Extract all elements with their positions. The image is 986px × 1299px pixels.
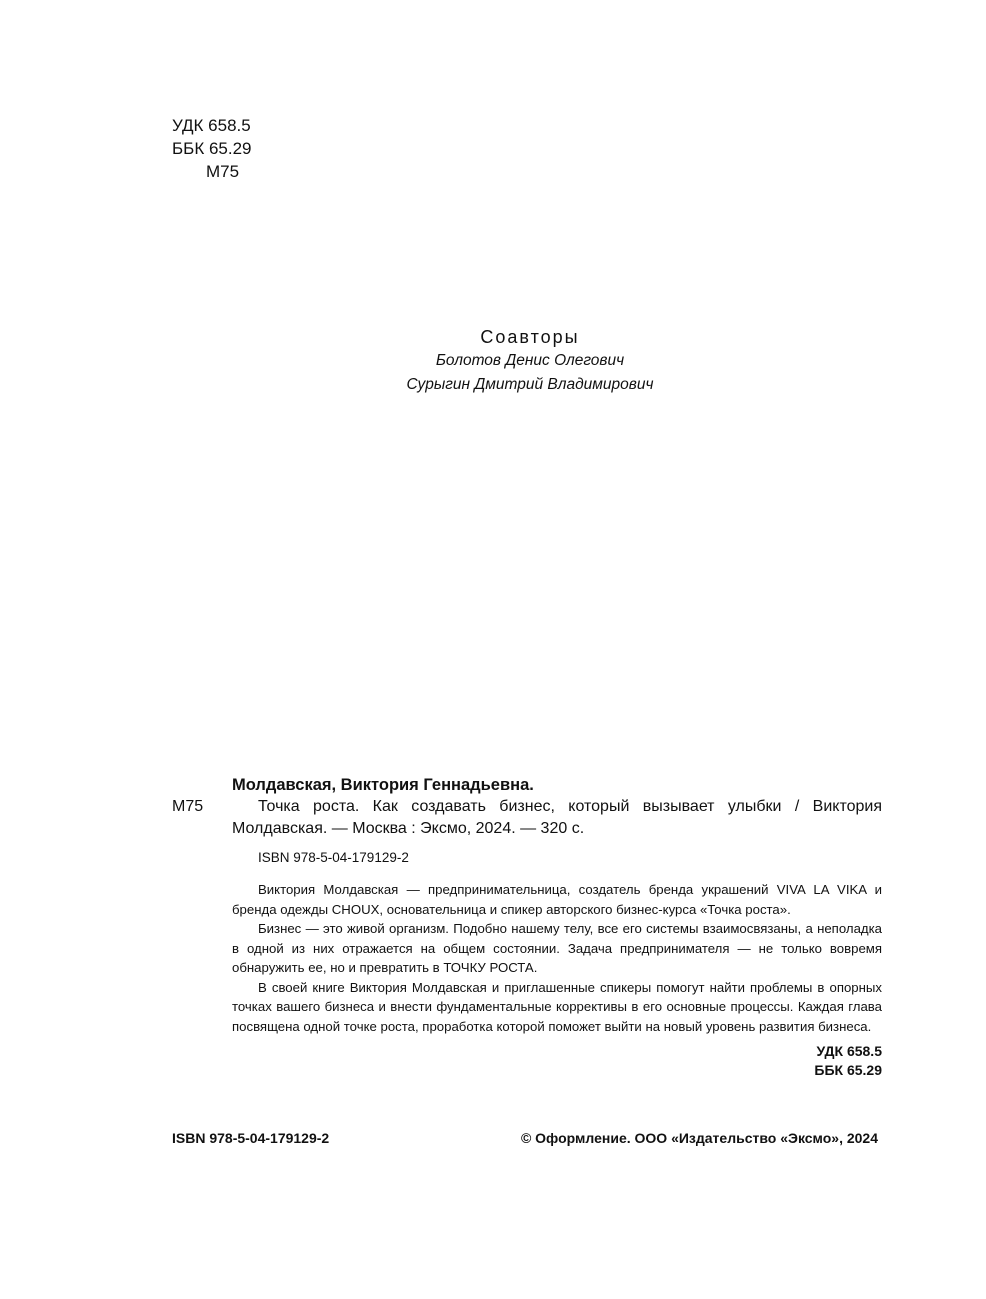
record-udk: УДК 658.5 bbox=[232, 1042, 882, 1061]
footer: ISBN 978-5-04-179129-2 © Оформление. ООО… bbox=[172, 1128, 878, 1148]
annotation-paragraph: Бизнес — это живой организм. Подобно наш… bbox=[232, 919, 882, 978]
record-bbk: ББК 65.29 bbox=[232, 1061, 882, 1080]
coauthor-name: Болотов Денис Олегович bbox=[330, 349, 730, 373]
classification-codes: УДК 658.5 ББК 65.29 М75 bbox=[172, 114, 251, 183]
record-entry: М75 Точка роста. Как создавать бизнес, к… bbox=[172, 796, 882, 840]
footer-isbn: ISBN 978-5-04-179129-2 bbox=[172, 1128, 329, 1148]
coauthor-name: Сурыгин Дмитрий Владимирович bbox=[330, 373, 730, 397]
annotation: Виктория Молдавская — предпринимательниц… bbox=[232, 880, 882, 1080]
record-title-entry: Точка роста. Как создавать бизнес, котор… bbox=[232, 796, 882, 840]
record-isbn: ISBN 978-5-04-179129-2 bbox=[258, 848, 882, 868]
annotation-paragraph: Виктория Молдавская — предпринимательниц… bbox=[232, 880, 882, 919]
coauthors-block: Соавторы Болотов Денис Олегович Сурыгин … bbox=[330, 325, 730, 397]
bibliographic-record: Молдавская, Виктория Геннадьевна. М75 То… bbox=[172, 774, 882, 1080]
footer-copyright: © Оформление. ООО «Издательство «Эксмо»,… bbox=[521, 1128, 878, 1148]
record-codes: УДК 658.5 ББК 65.29 bbox=[232, 1042, 882, 1080]
bbk-code: ББК 65.29 bbox=[172, 137, 251, 160]
author-mark: М75 bbox=[172, 160, 251, 183]
udk-code: УДК 658.5 bbox=[172, 114, 251, 137]
record-author: Молдавская, Виктория Геннадьевна. bbox=[232, 774, 882, 796]
record-author-mark: М75 bbox=[172, 796, 232, 840]
coauthors-label: Соавторы bbox=[330, 325, 730, 349]
annotation-paragraph: В своей книге Виктория Молдавская и приг… bbox=[232, 978, 882, 1037]
